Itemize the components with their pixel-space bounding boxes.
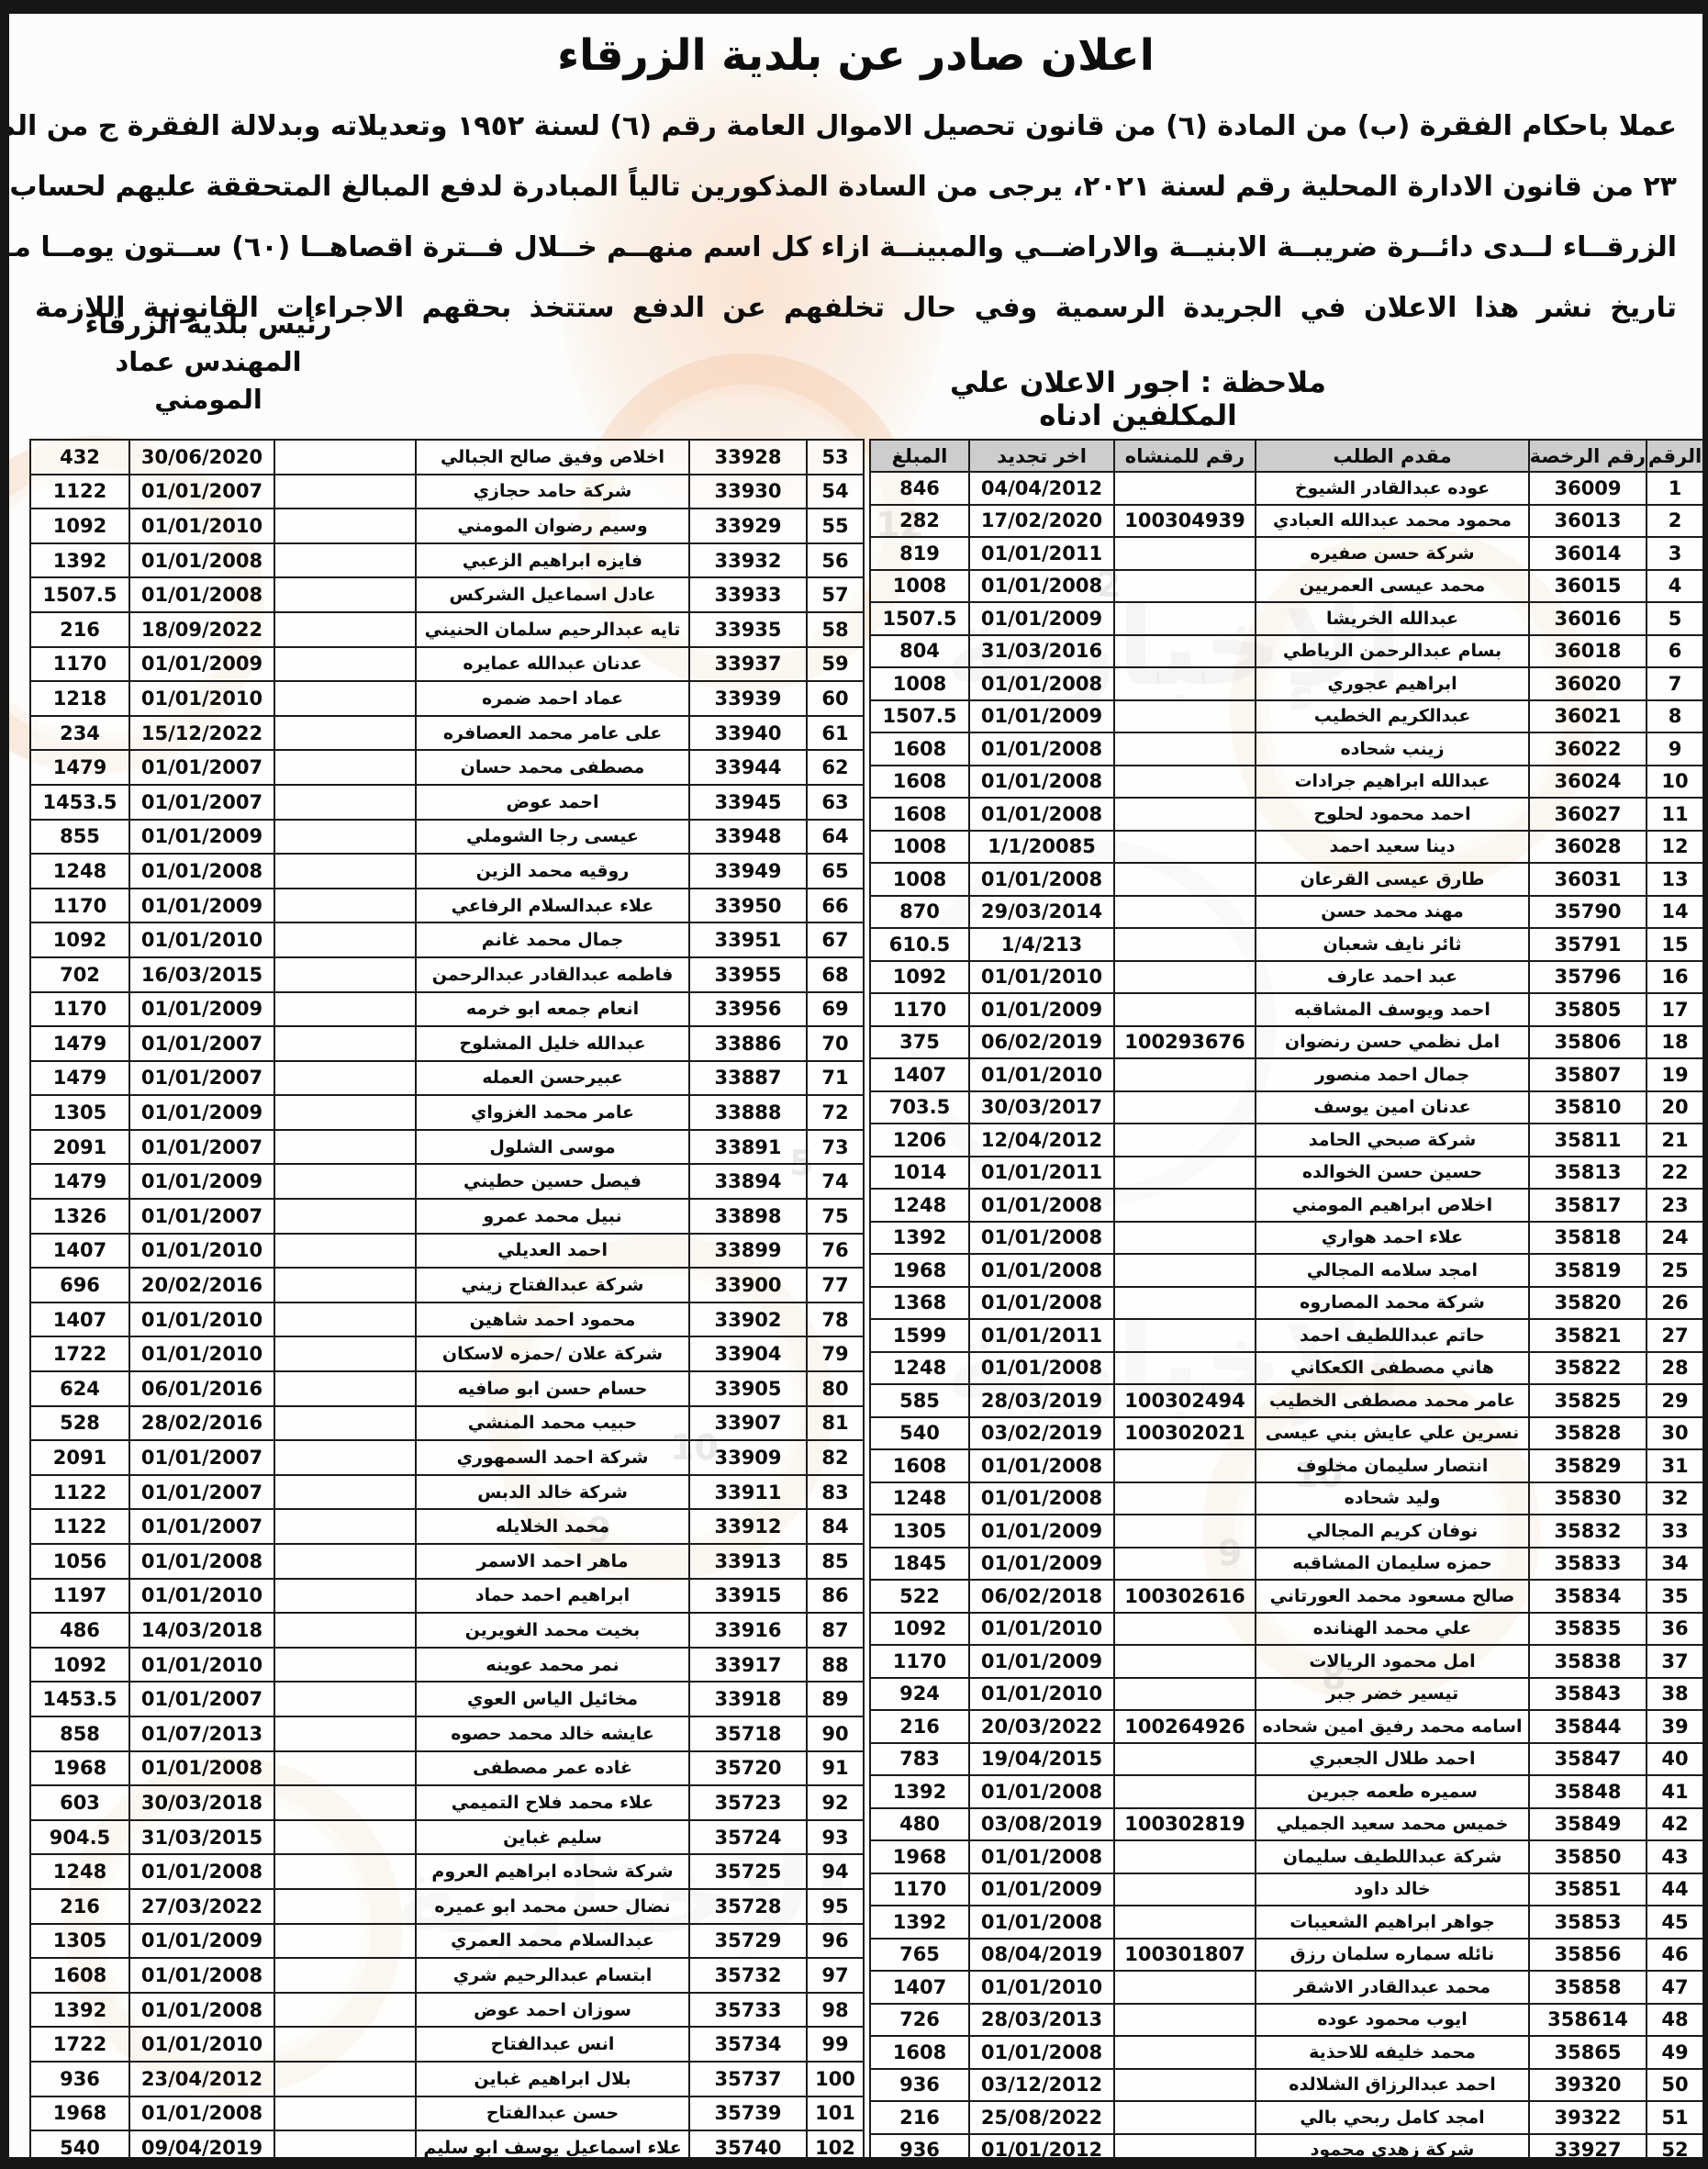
table-cell: [1114, 2036, 1256, 2069]
table-cell: 100264926: [1114, 1710, 1256, 1743]
table-cell: 35810: [1529, 1091, 1647, 1124]
table-row: 2435818علاء احمد هواري01/01/20081392: [870, 1222, 1703, 1255]
table-cell: 76: [807, 1234, 864, 1269]
table-cell: 35835: [1529, 1613, 1647, 1646]
table-cell: 33902: [689, 1303, 807, 1337]
table-cell: 60: [807, 681, 864, 716]
table-cell: 01/01/2009: [129, 992, 274, 1027]
table-cell: 01/01/2008: [969, 798, 1114, 831]
table-cell: احمد عوض: [416, 785, 689, 820]
table-cell: [1114, 1287, 1256, 1320]
table-cell: 20: [1647, 1091, 1703, 1124]
table-cell: ايوب محمود عوده: [1256, 2004, 1529, 2037]
table-cell: 01/01/2008: [129, 1751, 274, 1786]
table-row: 2635820شركة محمد المصاروه01/01/20081368: [870, 1287, 1703, 1320]
table-cell: بخيت محمد الغويرين: [416, 1613, 689, 1648]
table-cell: 25: [1647, 1254, 1703, 1287]
table-cell: علي محمد الهنانده: [1256, 1613, 1529, 1646]
table-cell: جمال محمد غانم: [416, 922, 689, 957]
table-cell: 82: [807, 1440, 864, 1475]
table-cell: 528: [30, 1406, 129, 1441]
table-row: 5039320احمد عبدالرزاق الشلالده03/12/2012…: [870, 2069, 1703, 2102]
table-cell: 33913: [689, 1544, 807, 1579]
table-cell: 36020: [1529, 667, 1647, 700]
table-cell: 01/01/2009: [969, 993, 1114, 1026]
table-row: 8433912محمد الخلايله01/01/20071122: [30, 1509, 864, 1544]
table-row: 3135829انتصار سليمان مخلوف01/01/20081608: [870, 1449, 1703, 1482]
table-cell: 36031: [1529, 863, 1647, 896]
table-cell: 100301807: [1114, 1939, 1256, 1972]
announcement-page: الإخبارية الإخبارية الإخبارية 12 2 10 9 …: [0, 0, 1708, 2169]
table-cell: نوفان كريم المجالي: [1256, 1515, 1529, 1548]
table-cell: [274, 2027, 416, 2062]
table-cell: [1114, 1222, 1256, 1255]
table-cell: 7: [1647, 667, 1703, 700]
table-cell: 53: [807, 440, 864, 475]
table-cell: 33899: [689, 1234, 807, 1269]
table-cell: 432: [30, 440, 129, 475]
table-cell: 33956: [689, 992, 807, 1027]
table-row: 6333945احمد عوض01/01/20071453.5: [30, 785, 864, 820]
table-row: 4935865محمد خليفه للاحذية01/01/20081608: [870, 2036, 1703, 2069]
table-cell: 33916: [689, 1613, 807, 1648]
table-cell: 35: [1647, 1580, 1703, 1613]
table-cell: [1114, 1157, 1256, 1190]
table-cell: علاء عبدالسلام الرفاعي: [416, 889, 689, 923]
table-row: 6033939عماد احمد ضمره01/01/20101218: [30, 681, 864, 716]
table-cell: 33912: [689, 1509, 807, 1544]
table-cell: 35729: [689, 1924, 807, 1959]
table-cell: 01/01/2008: [969, 1287, 1114, 1320]
table-cell: عدنان عبدالله عمايره: [416, 647, 689, 682]
table-cell: 33887: [689, 1061, 807, 1096]
table-cell: عوده عبدالقادر الشيوخ: [1256, 472, 1529, 505]
table-cell: 12/04/2012: [969, 1124, 1114, 1157]
table-cell: 01/01/2007: [129, 750, 274, 785]
table-cell: 1305: [30, 1095, 129, 1130]
table-row: 9635729عبدالسلام محمد العمري01/01/200913…: [30, 1924, 864, 1959]
signature-name: المهندس عماد المومني: [57, 343, 360, 419]
table-row: 8233909شركة احمد السمهوري01/01/20072091: [30, 1440, 864, 1475]
table-row: 1835806امل نظمي حسن رنضوان10029367606/02…: [870, 1026, 1703, 1059]
table-cell: 1008: [870, 570, 969, 603]
table-cell: 01/01/2010: [969, 1678, 1114, 1711]
table-cell: 216: [870, 2101, 969, 2134]
table-cell: نسرين علي عايش بني عيسى: [1256, 1417, 1529, 1450]
table-cell: 35858: [1529, 1971, 1647, 2004]
table-cell: 80: [807, 1371, 864, 1406]
table-cell: 480: [870, 1808, 969, 1841]
table-row: 5233927شركة زهدي محمود01/01/2012936: [870, 2134, 1703, 2167]
table-cell: 1248: [870, 1189, 969, 1222]
table-cell: [274, 1993, 416, 2028]
table-cell: 65: [807, 854, 864, 889]
table-row: 9435725شركة شحاده ابراهيم العروم01/01/20…: [30, 1854, 864, 1889]
table-cell: 603: [30, 1785, 129, 1820]
table-cell: 1248: [30, 1854, 129, 1889]
table-row: 6633950علاء عبدالسلام الرفاعي01/01/20091…: [30, 889, 864, 923]
table-cell: 33927: [1529, 2134, 1647, 2167]
table-cell: [274, 1716, 416, 1751]
table-cell: 9: [1647, 732, 1703, 766]
table-cell: 1008: [870, 831, 969, 864]
table-cell: [274, 1268, 416, 1303]
table-cell: 100302616: [1114, 1580, 1256, 1613]
table-cell: 33894: [689, 1164, 807, 1199]
col-header-last-renewal: اخر تجديد: [969, 440, 1114, 472]
table-cell: شركة محمد المصاروه: [1256, 1287, 1529, 1320]
table-cell: [1114, 863, 1256, 896]
table-cell: 31/03/2016: [969, 635, 1114, 668]
table-cell: 36009: [1529, 472, 1647, 505]
table-cell: 33: [1647, 1515, 1703, 1548]
table-cell: 35833: [1529, 1548, 1647, 1581]
table-cell: 01/01/2008: [129, 1993, 274, 2028]
table-cell: 35830: [1529, 1482, 1647, 1515]
table-cell: نبيل محمد عمرو: [416, 1199, 689, 1234]
table-cell: محمد الخلايله: [416, 1509, 689, 1544]
table-cell: 904.5: [30, 1820, 129, 1855]
table-row: 3235830وليد شحاده01/01/20081248: [870, 1482, 1703, 1515]
table-row: 5333928اخلاص وفيق صالح الجبالي30/06/2020…: [30, 440, 864, 475]
table-cell: موسى الشلول: [416, 1130, 689, 1165]
table-cell: 39322: [1529, 2101, 1647, 2134]
table-cell: [1114, 472, 1256, 505]
table-row: 7933904شركة علان /حمزه لاسكان01/01/20101…: [30, 1336, 864, 1371]
table-cell: 1197: [30, 1579, 129, 1614]
table-cell: عامر محمد الغزواي: [416, 1095, 689, 1130]
table-cell: 01/01/2007: [129, 1061, 274, 1096]
table-cell: [1114, 2004, 1256, 2037]
table-cell: خالد داود: [1256, 1873, 1529, 1906]
table-row: 3335832نوفان كريم المجالي01/01/20091305: [870, 1515, 1703, 1548]
table-cell: 41: [1647, 1775, 1703, 1808]
table-cell: 01/01/2010: [129, 1303, 274, 1337]
table-cell: 33898: [689, 1199, 807, 1234]
table-cell: 1479: [30, 750, 129, 785]
table-cell: 35843: [1529, 1678, 1647, 1711]
table-cell: عبد احمد عارف: [1256, 961, 1529, 994]
table-cell: 819: [870, 537, 969, 570]
table-row: 8833917نمر محمد عوينه01/01/20101092: [30, 1648, 864, 1683]
table-cell: [274, 1026, 416, 1061]
table-row: 5933937عدنان عبدالله عمايره01/01/2009117…: [30, 647, 864, 682]
table-cell: شركة شحاده ابراهيم العروم: [416, 1854, 689, 1889]
table-cell: ماهر احمد الاسمر: [416, 1544, 689, 1579]
table-row: 4235849خميس محمد سعيد الجميلي10030281903…: [870, 1808, 1703, 1841]
table-cell: 1170: [30, 889, 129, 923]
table-cell: 35718: [689, 1716, 807, 1751]
table-row: 3435833حمزه سليمان المشاقبه01/01/2009184…: [870, 1548, 1703, 1581]
table-cell: 19/04/2015: [969, 1743, 1114, 1776]
table-cell: 33948: [689, 820, 807, 855]
table-cell: [274, 1889, 416, 1924]
table-cell: 33911: [689, 1475, 807, 1510]
table-row: 236013محمود محمد عبدالله العبادي10030493…: [870, 505, 1703, 538]
table-cell: علاء محمد فلاح التميمي: [416, 1785, 689, 1820]
table-cell: غاده عمر مصطفى: [416, 1751, 689, 1786]
table-cell: 36028: [1529, 831, 1647, 864]
table-cell: اخلاص وفيق صالح الجبالي: [416, 440, 689, 475]
table-cell: سميره طعمه جبرين: [1256, 1775, 1529, 1808]
table-cell: 100302021: [1114, 1417, 1256, 1450]
table-cell: 1/1/20085: [969, 831, 1114, 864]
table-cell: 1608: [870, 2036, 969, 2069]
table-row: 4135848سميره طعمه جبرين01/01/20081392: [870, 1775, 1703, 1808]
table-cell: 55: [807, 509, 864, 543]
table-cell: 35865: [1529, 2036, 1647, 2069]
table-cell: حمزه سليمان المشاقبه: [1256, 1548, 1529, 1581]
table-cell: 39: [1647, 1710, 1703, 1743]
table-row: 4035847احمد طلال الجعبري19/04/2015783: [870, 1743, 1703, 1776]
table-row: 6233944مصطفى محمد حسان01/01/20071479: [30, 750, 864, 785]
table-row: 2135811شركة صبحي الحامد12/04/20121206: [870, 1124, 1703, 1157]
table-row: 2735821حاتم عبداللطيف احمد01/01/20111599: [870, 1319, 1703, 1352]
table-row: 10135739حسن عبدالفتاح01/01/20081968: [30, 2096, 864, 2131]
table-cell: 04/04/2012: [969, 472, 1114, 505]
table-cell: 01/01/2007: [129, 1682, 274, 1716]
table-cell: عبدالله ابراهيم جرادات: [1256, 766, 1529, 799]
table-cell: [1114, 2134, 1256, 2167]
table-row: 7633899احمد العديلي01/01/20101407: [30, 1234, 864, 1269]
table-row: 1036024عبدالله ابراهيم جرادات01/01/20081…: [870, 766, 1703, 799]
left-announcement-table: 5333928اخلاص وفيق صالح الجبالي30/06/2020…: [29, 439, 865, 2166]
table-cell: 67: [807, 922, 864, 957]
table-cell: 01/01/2008: [129, 577, 274, 612]
table-cell: 35832: [1529, 1515, 1647, 1548]
table-cell: 01/01/2007: [129, 1475, 274, 1510]
table-row: 10035737بلال ابراهيم غباين23/04/2012936: [30, 2062, 864, 2096]
table-cell: عيسى رجا الشوملي: [416, 820, 689, 855]
table-cell: 522: [870, 1580, 969, 1613]
table-cell: 936: [870, 2069, 969, 2102]
table-cell: 1170: [870, 1873, 969, 1906]
table-cell: 35723: [689, 1785, 807, 1820]
table-row: 1435790مهند محمد حسن29/03/2014870: [870, 896, 1703, 929]
table-cell: 28/02/2016: [129, 1406, 274, 1441]
table-cell: [1114, 798, 1256, 831]
table-cell: 1599: [870, 1319, 969, 1352]
table-row: 3035828نسرين علي عايش بني عيسى1003020210…: [870, 1417, 1703, 1450]
table-cell: 54: [807, 475, 864, 509]
table-cell: 35790: [1529, 896, 1647, 929]
table-cell: 858: [30, 1716, 129, 1751]
table-cell: [274, 1303, 416, 1337]
table-cell: 35851: [1529, 1873, 1647, 1906]
table-cell: 1218: [30, 681, 129, 716]
table-cell: 1722: [30, 2027, 129, 2062]
table-cell: 01/01/2008: [969, 2036, 1114, 2069]
table-cell: 35822: [1529, 1352, 1647, 1385]
table-cell: شركة عبدالفتاح زيني: [416, 1268, 689, 1303]
table-cell: 79: [807, 1336, 864, 1371]
table-row: 136009عوده عبدالقادر الشيوخ04/04/2012846: [870, 472, 1703, 505]
table-cell: امجد كامل ربحي بالي: [1256, 2101, 1529, 2134]
table-cell: [274, 1234, 416, 1269]
table-row: 4535853جواهر ابراهيم الشعيبات01/01/20081…: [870, 1906, 1703, 1939]
table-cell: [274, 922, 416, 957]
table-cell: 15: [1647, 928, 1703, 961]
table-cell: 64: [807, 820, 864, 855]
table-cell: 35848: [1529, 1775, 1647, 1808]
table-cell: 35724: [689, 1820, 807, 1855]
table-cell: امجد سلامه المجالي: [1256, 1254, 1529, 1287]
table-header: الرقم رقم الرخصة مقدم الطلب رقم للمنشاه …: [870, 440, 1703, 472]
table-cell: 100302494: [1114, 1384, 1256, 1417]
table-cell: 35807: [1529, 1058, 1647, 1091]
table-cell: 783: [870, 1743, 969, 1776]
table-cell: شركة خالد الدبس: [416, 1475, 689, 1510]
table-cell: [274, 1544, 416, 1579]
table-cell: امل نظمي حسن رنضوان: [1256, 1026, 1529, 1059]
table-cell: [274, 2130, 416, 2165]
table-row: 1535791ثائر نايف شعبان1/4/213610.5: [870, 928, 1703, 961]
table-cell: 38: [1647, 1678, 1703, 1711]
table-row: 6933956انعام جمعه ابو خرمه01/01/20091170: [30, 992, 864, 1027]
table-cell: 1305: [30, 1924, 129, 1959]
table-cell: 30/03/2017: [969, 1091, 1114, 1124]
table-cell: 01/01/2009: [969, 700, 1114, 733]
table-row: 7033886عبدالله خليل المشلوح01/01/2007147…: [30, 1026, 864, 1061]
table-cell: [1114, 570, 1256, 603]
table-row: 5433930شركة حامد حجازي01/01/20071122: [30, 475, 864, 509]
table-cell: 78: [807, 1303, 864, 1337]
table-cell: 1392: [870, 1906, 969, 1939]
table-cell: 33904: [689, 1336, 807, 1371]
table-cell: فيصل حسين حطيني: [416, 1164, 689, 1199]
table-cell: احمد محمود لحلوح: [1256, 798, 1529, 831]
table-cell: 35791: [1529, 928, 1647, 961]
table-cell: 01/01/2008: [969, 1482, 1114, 1515]
table-cell: محمد عيسى العمريين: [1256, 570, 1529, 603]
table-cell: 34: [1647, 1548, 1703, 1581]
body-line: عملا باحكام الفقرة (ب) من المادة (٦) من …: [35, 98, 1677, 159]
table-cell: 36018: [1529, 635, 1647, 668]
table-cell: 01/01/2009: [129, 1164, 274, 1199]
table-cell: 27/03/2022: [129, 1889, 274, 1924]
table-cell: 91: [807, 1751, 864, 1786]
table-cell: 13: [1647, 863, 1703, 896]
table-cell: 31: [1647, 1449, 1703, 1482]
table-row: 5833935تايه عبدالرحيم سلمان الحنيني18/09…: [30, 612, 864, 647]
table-row: 736020ابراهيم عجوري01/01/20081008: [870, 667, 1703, 700]
table-row: 9835733سوزان احمد عوض01/01/20081392: [30, 1993, 864, 2028]
table-cell: 33932: [689, 543, 807, 578]
table-cell: 84: [807, 1509, 864, 1544]
table-row: 7433894فيصل حسين حطيني01/01/20091479: [30, 1164, 864, 1199]
table-cell: حاتم عبداللطيف احمد: [1256, 1319, 1529, 1352]
table-row: 4735858محمد عبدالقادر الاشقر01/01/201014…: [870, 1971, 1703, 2004]
table-cell: 03/02/2019: [969, 1417, 1114, 1450]
table-row: 8633915ابراهيم احمد حماد01/01/20101197: [30, 1579, 864, 1614]
table-cell: انتصار سليمان مخلوف: [1256, 1449, 1529, 1482]
table-cell: ابراهيم عجوري: [1256, 667, 1529, 700]
table-cell: 35849: [1529, 1808, 1647, 1841]
table-row: 9335724سليم غباين31/03/2015904.5: [30, 1820, 864, 1855]
table-cell: 01/01/2008: [969, 1775, 1114, 1808]
table-cell: 24: [1647, 1222, 1703, 1255]
table-row: 5139322امجد كامل ربحي بالي25/08/2022216: [870, 2101, 1703, 2134]
table-row: 7233888عامر محمد الغزواي01/01/20091305: [30, 1095, 864, 1130]
table-cell: 35806: [1529, 1026, 1647, 1059]
table-cell: 96: [807, 1924, 864, 1959]
table-cell: 03/12/2012: [969, 2069, 1114, 2102]
col-header-amount: المبلغ: [870, 440, 969, 472]
table-cell: [1114, 1091, 1256, 1124]
table-cell: 33891: [689, 1130, 807, 1165]
table-cell: 11: [1647, 798, 1703, 831]
table-cell: نائله سماره سلمان رزق: [1256, 1939, 1529, 1972]
table-cell: 28/03/2019: [969, 1384, 1114, 1417]
table-cell: سليم غباين: [416, 1820, 689, 1855]
table-row: 4635856نائله سماره سلمان رزق10030180708/…: [870, 1939, 1703, 1972]
table-row: 1735805احمد ويوسف المشاقبه01/01/20091170: [870, 993, 1703, 1026]
table-cell: 86: [807, 1579, 864, 1614]
table-cell: 99: [807, 2027, 864, 2062]
table-cell: 49: [1647, 2036, 1703, 2069]
table-cell: 01/01/2007: [129, 1440, 274, 1475]
table-cell: علاء احمد هواري: [1256, 1222, 1529, 1255]
table-cell: 01/01/2008: [969, 570, 1114, 603]
table-cell: 08/04/2019: [969, 1939, 1114, 1972]
table-cell: فاطمه عبدالقادر عبدالرحمن: [416, 957, 689, 992]
table-cell: مخائيل الياس العوي: [416, 1682, 689, 1716]
table-cell: 33933: [689, 577, 807, 612]
table-cell: 36015: [1529, 570, 1647, 603]
table-cell: ابراهيم احمد حماد: [416, 1579, 689, 1614]
table-cell: 01/01/2008: [969, 1352, 1114, 1385]
table-cell: 35733: [689, 1993, 807, 2028]
table-cell: [1114, 1775, 1256, 1808]
table-cell: محمد خليفه للاحذية: [1256, 2036, 1529, 2069]
table-row: 2035810عدنان امين يوسف30/03/2017703.5: [870, 1091, 1703, 1124]
table-cell: 95: [807, 1889, 864, 1924]
table-row: 1336031طارق عيسى القرعان01/01/20081008: [870, 863, 1703, 896]
table-cell: 36014: [1529, 537, 1647, 570]
table-cell: [1114, 1613, 1256, 1646]
table-cell: 33909: [689, 1440, 807, 1475]
announcement-body: عملا باحكام الفقرة (ب) من المادة (٦) من …: [35, 98, 1677, 341]
table-cell: شركة عبداللطيف سليمان: [1256, 1840, 1529, 1873]
table-cell: 8: [1647, 700, 1703, 733]
table-cell: 1056: [30, 1544, 129, 1579]
table-cell: شركة علان /حمزه لاسكان: [416, 1336, 689, 1371]
table-row: 1136027احمد محمود لحلوح01/01/20081608: [870, 798, 1703, 831]
table-cell: [274, 1440, 416, 1475]
table-cell: 1092: [30, 1648, 129, 1683]
table-cell: 100: [807, 2062, 864, 2096]
table-cell: 18: [1647, 1026, 1703, 1059]
table-cell: 585: [870, 1384, 969, 1417]
table-row: 7733900شركة عبدالفتاح زيني20/02/2016696: [30, 1268, 864, 1303]
table-cell: 43: [1647, 1840, 1703, 1873]
table-cell: 765: [870, 1939, 969, 1972]
table-cell: 18/09/2022: [129, 612, 274, 647]
table-cell: [274, 1509, 416, 1544]
table-cell: 35844: [1529, 1710, 1647, 1743]
table-cell: 33917: [689, 1648, 807, 1683]
signature-block: رئيس بلدية الزرقاء المهندس عماد المومني: [57, 306, 360, 419]
col-header-license: رقم الرخصة: [1529, 440, 1647, 472]
table-cell: 01/01/2008: [969, 667, 1114, 700]
table-cell: [1114, 602, 1256, 635]
table-cell: [274, 1613, 416, 1648]
table-row: 9735732ابتسام عبدالرحيم شري01/01/2008160…: [30, 1958, 864, 1993]
table-cell: 33949: [689, 854, 807, 889]
table-cell: 1968: [870, 1254, 969, 1287]
table-cell: 01/01/2009: [969, 1645, 1114, 1678]
table-cell: 1008: [870, 667, 969, 700]
